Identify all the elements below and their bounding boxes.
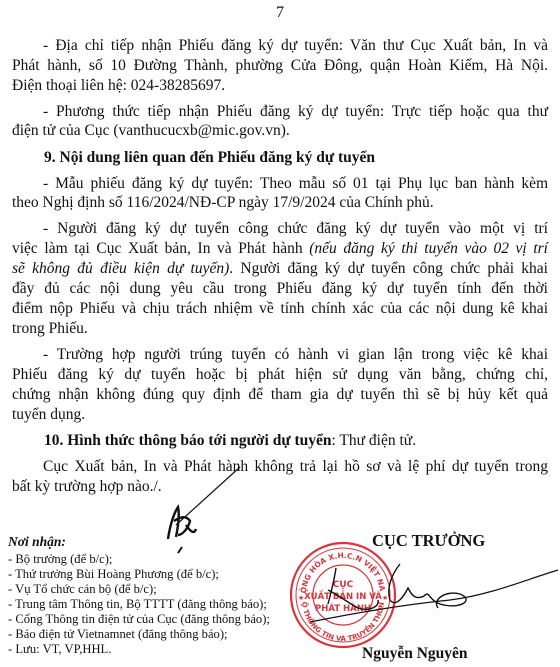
paragraph-line: việc làm tại Cục Xuất bản, In và Phát hà… <box>12 240 548 258</box>
recipient-item: - Trung tâm Thông tin, Bộ TTTT (đăng thô… <box>8 597 267 612</box>
signer-name: Nguyễn Nguyên <box>362 645 468 663</box>
paragraph-line: - Người đăng ký dự tuyển công chức đăng … <box>43 220 548 238</box>
recipient-item: - Báo điện tử Vietnamnet (đăng thông báo… <box>8 627 228 642</box>
recipients-label: Nơi nhận: <box>8 534 66 549</box>
paragraph-line: sẽ không đủ điều kiện dự tuyển). Người đ… <box>12 260 548 278</box>
recipient-item: - Thứ trưởng Bùi Hoàng Phương (để b/c); <box>8 567 219 582</box>
paragraph-line: Cục Xuất bản, In và Phát hành không trả … <box>43 458 548 476</box>
director-signature-icon <box>300 560 560 640</box>
section-heading-10: 10. Hình thức thông báo tới người dự tuy… <box>44 432 416 450</box>
paragraph-line: điện tử của Cục (vanthucucxb@mic.gov.vn)… <box>12 122 290 140</box>
paragraph-line: - Phương thức tiếp nhận Phiếu đăng ký dự… <box>43 103 548 121</box>
label-colon: : <box>61 534 66 549</box>
paragraph-line: theo Nghị định số 116/2024/NĐ-CP ngày 17… <box>12 194 434 212</box>
paragraph-line: - Trường hợp người trúng tuyển có hành v… <box>43 346 548 364</box>
paragraph-line: chứng nhận không đúng quy định để tham g… <box>12 386 548 404</box>
paragraph-line: đầy đủ các nội dung yêu cầu trong Phiếu … <box>12 280 548 298</box>
section-heading-9: 9. Nội dung liên quan đến Phiếu đăng ký … <box>44 149 375 167</box>
recipient-item: - Lưu: VT, VP,HHL. <box>8 642 111 657</box>
paragraph-line: Phát hành, số 10 Đường Thành, phường Cửa… <box>12 57 548 75</box>
paragraph-line: tuyển dụng. <box>12 406 85 424</box>
paragraph-line: Phiếu đăng ký dự tuyển hoặc bị phát hiện… <box>12 366 548 384</box>
recipient-item: - Bộ trưởng (để b/c); <box>8 552 112 567</box>
italic-note: sẽ không đủ điều kiện dự tuyển) <box>12 260 229 277</box>
recipient-item: - Vụ Tổ chức cán bộ (để b/c); <box>8 582 157 597</box>
initial-signature-icon <box>160 465 270 555</box>
paragraph-line: trong Phiếu. <box>12 320 88 338</box>
heading-text: 10. Hình thức thông báo tới người dự tuy… <box>44 432 332 449</box>
paragraph-line: - Mẫu phiếu đăng ký dự tuyển: Theo mẫu s… <box>43 175 548 193</box>
recipients-label-text: Nơi nhận <box>8 534 61 549</box>
recipient-item: - Cổng Thông tin điện tử của Cục (đăng t… <box>8 612 270 627</box>
paragraph-line: bất kỳ trường hợp nào./. <box>12 478 162 496</box>
paragraph-line: điểm nộp Phiếu và chịu trách nhiệm về tí… <box>12 300 548 318</box>
italic-note: (nếu đăng ký thi tuyển vào 02 vị trí <box>309 240 548 257</box>
paragraph-line: - Địa chỉ tiếp nhận Phiếu đăng ký dự tuy… <box>43 37 548 55</box>
text: việc làm tại Cục Xuất bản, In và Phát hà… <box>12 240 309 257</box>
text: . Người đăng ký dự tuyển công chức phải … <box>229 260 548 277</box>
paragraph-line: Điện thoại liên hệ: 024-38285697. <box>12 77 225 95</box>
page-number: 7 <box>0 4 560 22</box>
heading-value: : Thư điện tử. <box>332 432 417 449</box>
